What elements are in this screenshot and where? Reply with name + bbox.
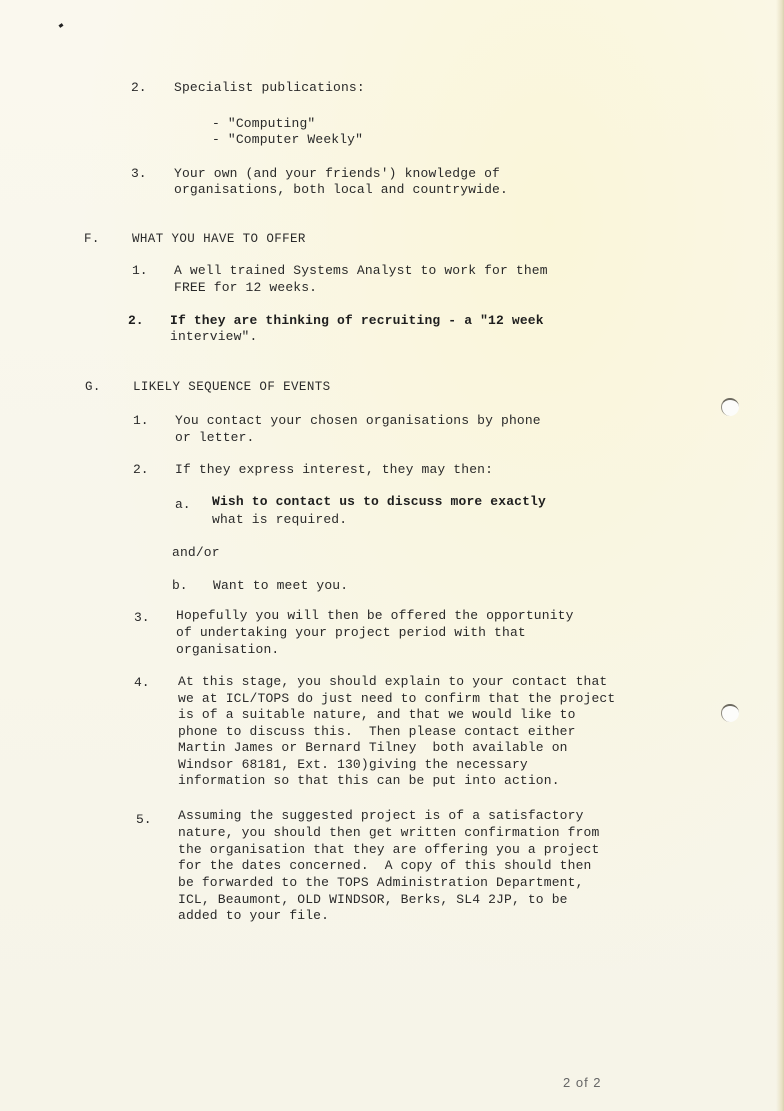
item-number: 1. xyxy=(133,413,149,430)
item-number: 2. xyxy=(133,462,149,479)
item-text: Martin James or Bernard Tilney both avai… xyxy=(178,740,568,757)
section-title: LIKELY SEQUENCE OF EVENTS xyxy=(133,379,331,396)
sub-item-text: Wish to contact us to discuss more exact… xyxy=(212,494,546,511)
item-text: or letter. xyxy=(175,430,255,447)
sub-item-text: what is required. xyxy=(212,512,347,529)
bullet-item: - "Computer Weekly" xyxy=(212,132,363,149)
item-text: interview". xyxy=(170,329,257,346)
item-text: If they express interest, they may then: xyxy=(175,462,493,479)
item-text: Windsor 68181, Ext. 130)giving the neces… xyxy=(178,757,528,774)
item-text: If they are thinking of recruiting - a "… xyxy=(170,313,544,330)
item-text: Hopefully you will then be offered the o… xyxy=(176,608,574,625)
section-title: WHAT YOU HAVE TO OFFER xyxy=(132,231,306,248)
item-text: At this stage, you should explain to you… xyxy=(178,674,607,691)
section-letter: F. xyxy=(84,231,100,248)
page-number: 2 of 2 xyxy=(563,1075,602,1090)
item-text: Assuming the suggested project is of a s… xyxy=(178,808,584,825)
punch-hole xyxy=(721,398,739,416)
item-text: Specialist publications: xyxy=(174,80,365,97)
sub-item-letter: a. xyxy=(175,497,191,514)
item-text: we at ICL/TOPS do just need to confirm t… xyxy=(178,691,615,708)
item-number: 3. xyxy=(134,610,150,627)
item-number: 5. xyxy=(136,812,152,829)
bullet-item: - "Computing" xyxy=(212,116,315,133)
item-text: A well trained Systems Analyst to work f… xyxy=(174,263,548,280)
item-text: organisation. xyxy=(176,642,279,659)
connector-text: and/or xyxy=(172,545,220,562)
section-letter: G. xyxy=(85,379,101,396)
item-text: be forwarded to the TOPS Administration … xyxy=(178,875,584,892)
item-number: 1. xyxy=(132,263,148,280)
item-text: is of a suitable nature, and that we wou… xyxy=(178,707,576,724)
item-text: organisations, both local and countrywid… xyxy=(174,182,508,199)
item-number: 2. xyxy=(131,80,147,97)
item-text: information so that this can be put into… xyxy=(178,773,560,790)
item-number: 2. xyxy=(128,313,144,330)
item-text: of undertaking your project period with … xyxy=(176,625,526,642)
sub-item-text: Want to meet you. xyxy=(213,578,348,595)
item-text: nature, you should then get written conf… xyxy=(178,825,599,842)
item-text: You contact your chosen organisations by… xyxy=(175,413,541,430)
item-text: phone to discuss this. Then please conta… xyxy=(178,724,576,741)
sub-item-letter: b. xyxy=(172,578,188,595)
scanned-page: 2. Specialist publications: - "Computing… xyxy=(0,0,784,1111)
punch-hole xyxy=(721,704,739,722)
item-text: for the dates concerned. A copy of this … xyxy=(178,858,591,875)
item-number: 3. xyxy=(131,166,147,183)
item-text: the organisation that they are offering … xyxy=(178,842,599,859)
paper-edge xyxy=(776,0,784,1111)
item-number: 4. xyxy=(134,675,150,692)
ink-mark xyxy=(59,23,64,28)
item-text: FREE for 12 weeks. xyxy=(174,280,317,297)
item-text: Your own (and your friends') knowledge o… xyxy=(174,166,500,183)
item-text: ICL, Beaumont, OLD WINDSOR, Berks, SL4 2… xyxy=(178,892,568,909)
item-text: added to your file. xyxy=(178,908,329,925)
